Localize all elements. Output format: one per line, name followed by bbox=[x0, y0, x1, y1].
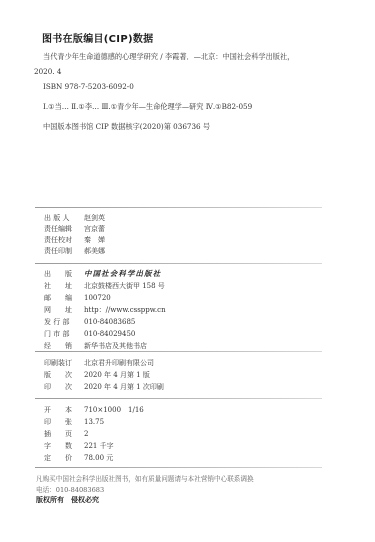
divider bbox=[35, 263, 322, 264]
spec-row: 插 页2 bbox=[44, 428, 88, 440]
publisher-row: 社 址北京鼓楼西大街甲 158 号 bbox=[44, 280, 165, 292]
publisher-row: 网 址http：//www.cssppw.cn bbox=[44, 304, 166, 316]
service-phone: 电话：010-84083683 bbox=[36, 484, 104, 494]
publisher-row: 邮 编100720 bbox=[44, 292, 111, 304]
distribution-phone: 010-84083685 bbox=[84, 316, 135, 328]
spec-label: 定 价 bbox=[44, 452, 84, 464]
printing-row: 版 次2020 年 4 月第 1 版 bbox=[44, 369, 150, 381]
publisher-logo-text: 中国社会科学出版社 bbox=[84, 268, 161, 280]
printed-sheets: 13.75 bbox=[84, 416, 104, 428]
divider bbox=[35, 351, 322, 352]
spec-label: 插 页 bbox=[44, 428, 84, 440]
edition: 2020 年 4 月第 1 版 bbox=[84, 369, 150, 381]
word-count: 221 千字 bbox=[84, 440, 114, 452]
bibliographic-line: 当代青少年生命道德感的心理学研究 / 李霞著．—北京：中国社会科学出版社， bbox=[43, 52, 294, 62]
publisher-postcode: 100720 bbox=[84, 292, 111, 304]
inserts: 2 bbox=[84, 428, 88, 440]
spec-row: 开 本710×1000 1/16 bbox=[44, 404, 144, 416]
publisher-row: 出 版中国社会科学出版社 bbox=[44, 268, 161, 280]
copyright-notice: 版权所有 侵权必究 bbox=[36, 495, 99, 505]
printer: 北京君升印刷有限公司 bbox=[84, 357, 154, 369]
printing-label: 印 次 bbox=[44, 381, 84, 393]
divider bbox=[35, 467, 322, 468]
spec-label: 印 张 bbox=[44, 416, 84, 428]
publisher-label: 发 行 部 bbox=[44, 316, 84, 328]
publisher-row: 门 市 部010-84029450 bbox=[44, 328, 135, 340]
isbn: ISBN 978-7-5203-6092-0 bbox=[43, 82, 134, 91]
publication-date: 2020. 4 bbox=[34, 67, 61, 76]
printing-row: 印刷装订北京君升印刷有限公司 bbox=[44, 357, 154, 369]
spec-label: 开 本 bbox=[44, 404, 84, 416]
publisher-website: http：//www.cssppw.cn bbox=[84, 304, 166, 316]
format: 710×1000 1/16 bbox=[84, 404, 144, 416]
divider bbox=[35, 398, 322, 399]
spec-row: 印 张13.75 bbox=[44, 416, 104, 428]
store-phone: 010-84029450 bbox=[84, 328, 135, 340]
printing-label: 印刷装订 bbox=[44, 357, 84, 369]
publisher-label: 邮 编 bbox=[44, 292, 84, 304]
staff-row: 责任印制郝美娜 bbox=[44, 245, 105, 257]
quality-notice: 凡购买中国社会科学出版社图书，如有质量问题请与本社营销中心联系调换 bbox=[36, 473, 254, 483]
publisher-address: 北京鼓楼西大街甲 158 号 bbox=[84, 280, 165, 292]
staff-label: 责任印制 bbox=[44, 245, 84, 257]
staff-value: 郝美娜 bbox=[84, 245, 105, 257]
spec-row: 定 价78.00 元 bbox=[44, 452, 113, 464]
price: 78.00 元 bbox=[84, 452, 113, 464]
printing-label: 版 次 bbox=[44, 369, 84, 381]
publisher-label: 网 址 bbox=[44, 304, 84, 316]
impression: 2020 年 4 月第 1 次印刷 bbox=[84, 381, 164, 393]
publisher-label: 门 市 部 bbox=[44, 328, 84, 340]
cip-title: 图书在版编目(CIP)数据 bbox=[42, 30, 153, 45]
spec-label: 字 数 bbox=[44, 440, 84, 452]
cip-number: 中国版本图书馆 CIP 数据核字(2020)第 036736 号 bbox=[43, 122, 210, 132]
classification-line: Ⅰ.①当… Ⅱ.①李… Ⅲ.①青少年—生命伦理学—研究 Ⅳ.①B82-059 bbox=[43, 102, 252, 112]
printing-row: 印 次2020 年 4 月第 1 次印刷 bbox=[44, 381, 164, 393]
divider bbox=[35, 207, 322, 208]
publisher-row: 发 行 部010-84083685 bbox=[44, 316, 135, 328]
publisher-label: 出 版 bbox=[44, 268, 84, 280]
spec-row: 字 数221 千字 bbox=[44, 440, 114, 452]
publisher-label: 社 址 bbox=[44, 280, 84, 292]
